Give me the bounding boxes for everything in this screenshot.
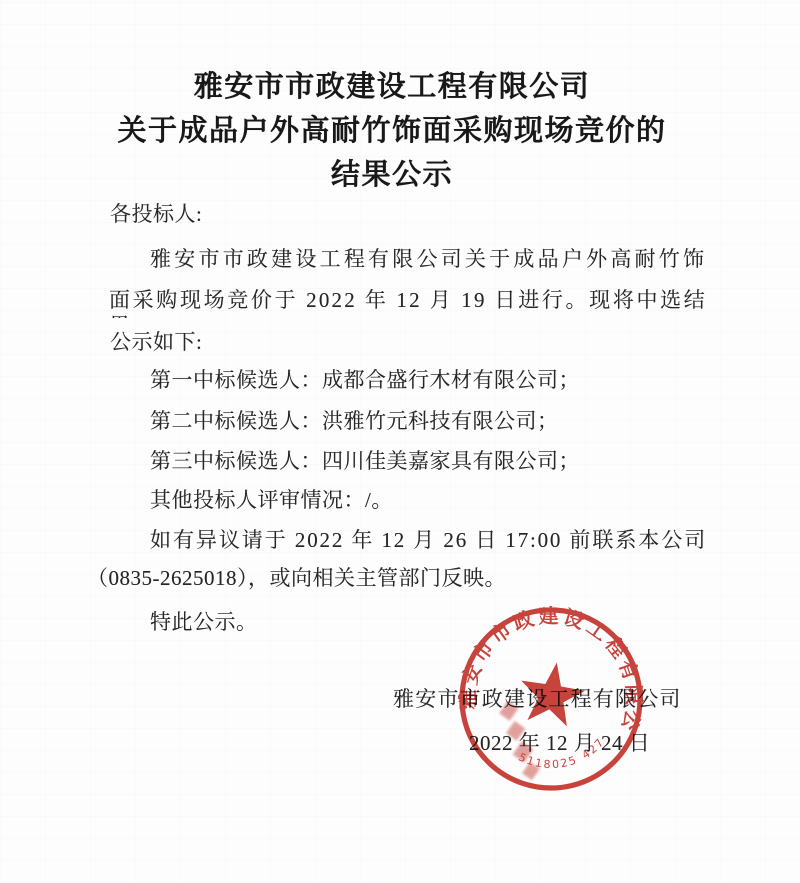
doc-title-line-3: 结果公示 bbox=[0, 158, 784, 193]
candidate-item-2: 第二中标候选人：洪雅竹元科技有限公司； bbox=[150, 409, 559, 435]
paragraph-line-1: 雅安市市政建设工程有限公司关于成品户外高耐竹饰 bbox=[109, 247, 707, 277]
candidate-item-1: 第一中标候选人：成都合盛行木材有限公司； bbox=[150, 368, 580, 394]
doc-title-line-2: 关于成品户外高耐竹饰面采购现场竞价的 bbox=[0, 114, 784, 149]
announcement-document: 雅安市市政建设工程有限公司 关于成品户外高耐竹饰面采购现场竞价的 结果公示 各投… bbox=[0, 0, 800, 883]
official-seal: 雅安市市政建设工程有限公司 5118025 427 bbox=[451, 599, 651, 799]
paragraph-line-3: 公示如下: bbox=[110, 330, 202, 356]
seal-company-arc-text: 雅安市市政建设工程有限公司 bbox=[451, 599, 651, 739]
notice-line-2: （0835-2625018），或向相关主管部门反映。 bbox=[87, 566, 506, 592]
greeting-line: 各投标人: bbox=[110, 202, 202, 228]
doc-title-line-1: 雅安市市政建设工程有限公司 bbox=[0, 70, 784, 105]
svg-text:雅安市市政建设工程有限公司: 雅安市市政建设工程有限公司 bbox=[451, 599, 651, 739]
svg-text:427: 427 bbox=[578, 733, 609, 765]
conclusion-line: 特此公示。 bbox=[150, 610, 258, 636]
seal-code-right: 427 bbox=[578, 733, 609, 765]
notice-line-1: 如有异议请于 2022 年 12 月 26 日 17:00 前联系本公司 bbox=[109, 528, 707, 558]
candidate-item-3: 第三中标候选人：四川佳美嘉家具有限公司； bbox=[150, 449, 580, 475]
other-bidders-line: 其他投标人评审情况：/。 bbox=[150, 488, 393, 514]
paragraph-line-2: 面采购现场竞价于 2022 年 12 月 19 日进行。现将中选结果 bbox=[109, 288, 707, 318]
seal-star-icon bbox=[515, 657, 588, 728]
